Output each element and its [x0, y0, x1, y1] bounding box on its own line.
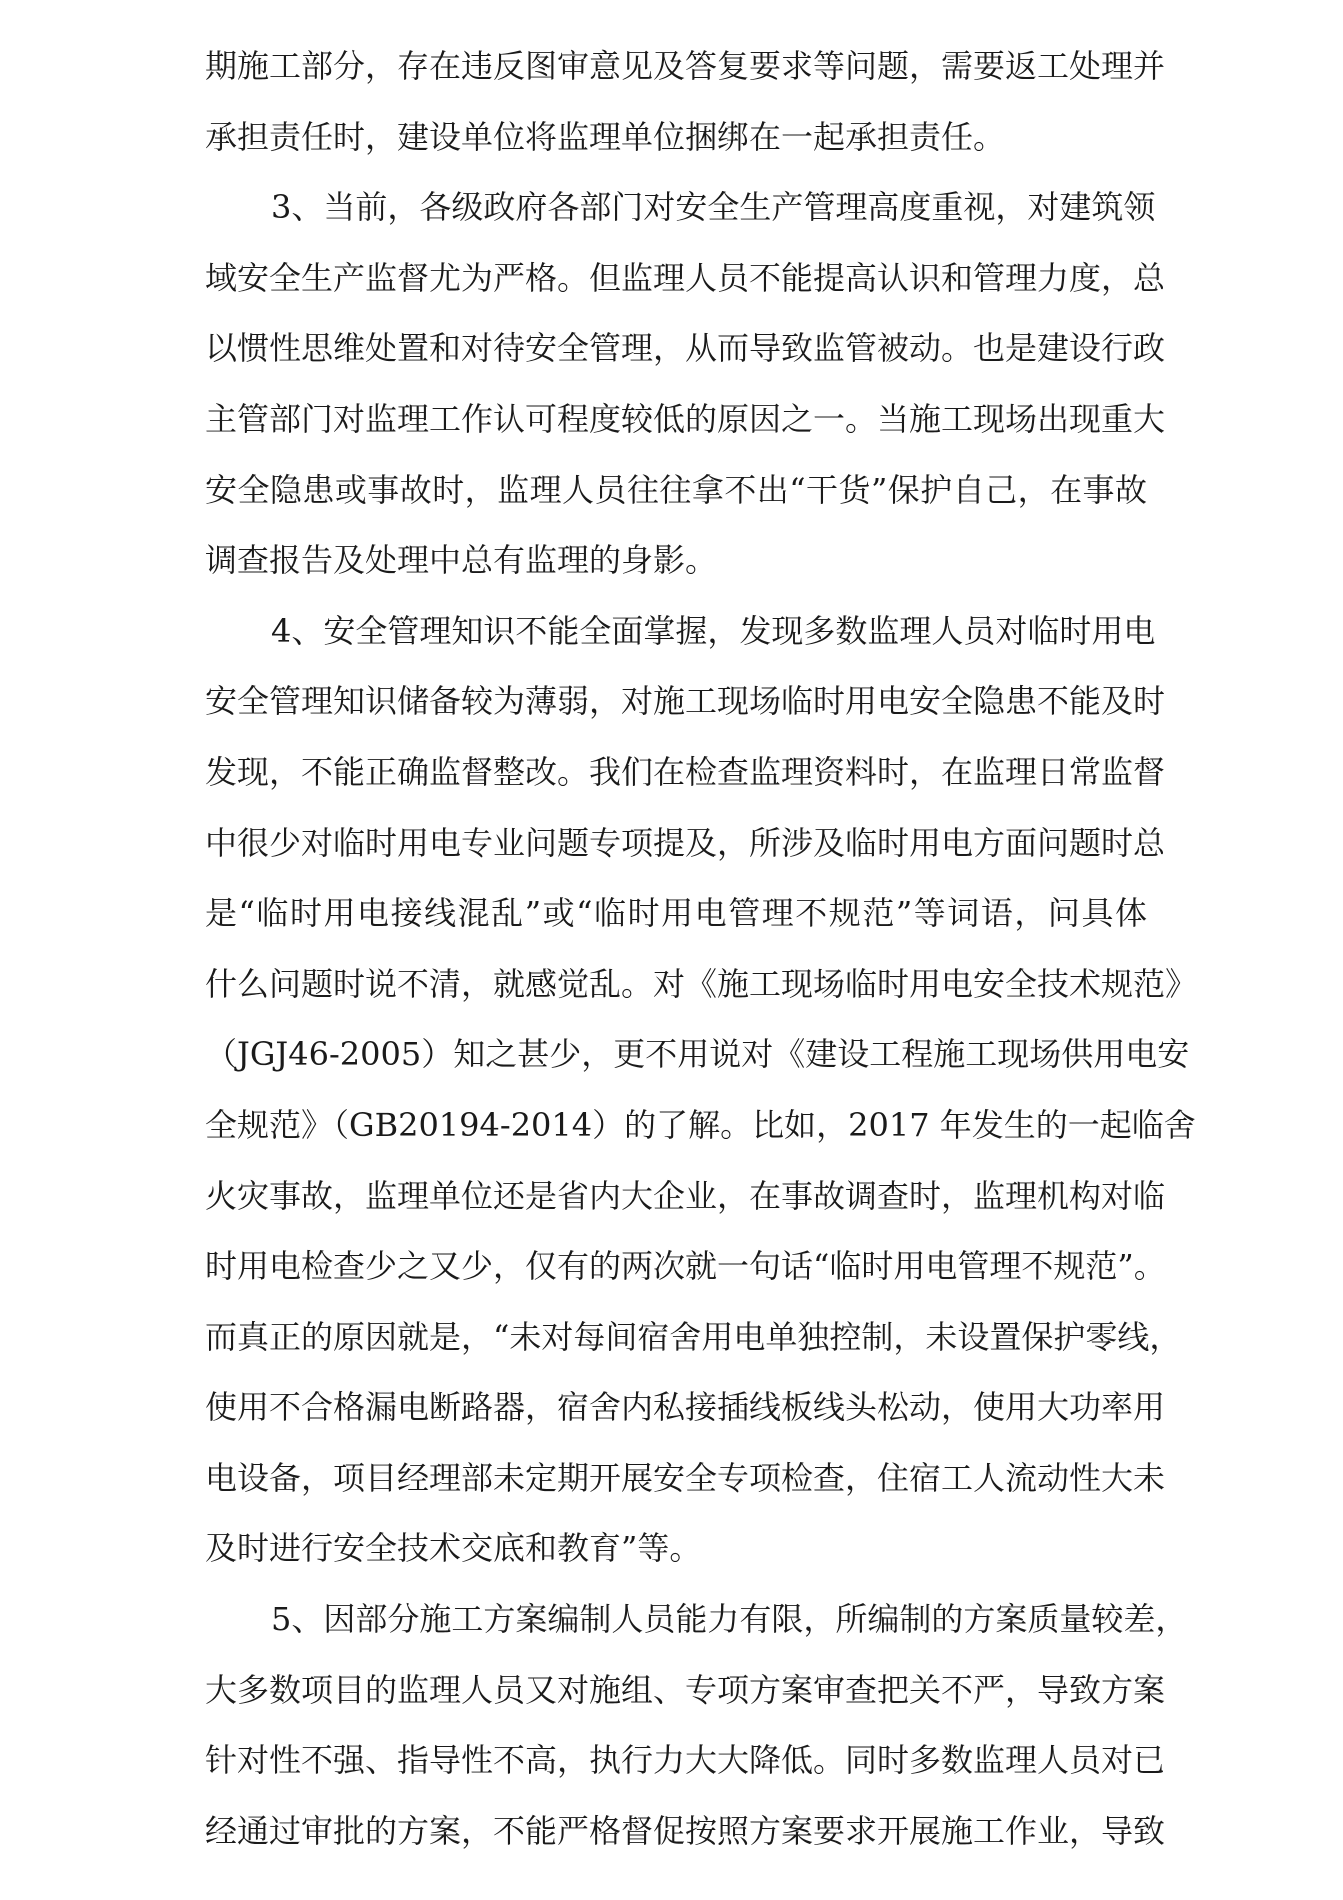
- text-line: 针对性不强、指导性不高，执行力大大降低。同时多数监理人员对已: [205, 1725, 1147, 1796]
- text-line: 火灾事故，监理单位还是省内大企业，在事故调查时，监理机构对临: [205, 1161, 1147, 1232]
- text-line: 什么问题时说不清，就感觉乱。对《施工现场临时用电安全技术规范》: [205, 949, 1147, 1020]
- text-line: 电设备，项目经理部未定期开展安全专项检查，住宿工人流动性大未: [205, 1443, 1147, 1514]
- text-line: 时用电检查少之又少，仅有的两次就一句话“临时用电管理不规范”。: [205, 1231, 1147, 1302]
- paragraph-continued: 期施工部分，存在违反图审意见及答复要求等问题，需要返工处理并 承担责任时，建设单…: [205, 31, 1147, 172]
- text-line: 经通过审批的方案，不能严格督促按照方案要求开展施工作业，导致: [205, 1796, 1147, 1867]
- text-line: 安全管理知识储备较为薄弱，对施工现场临时用电安全隐患不能及时: [205, 666, 1147, 737]
- paragraph-item-4: 4、安全管理知识不能全面掌握，发现多数监理人员对临时用电 安全管理知识储备较为薄…: [205, 596, 1147, 1584]
- text-line: 而真正的原因就是，“未对每间宿舍用电单独控制，未设置保护零线，: [205, 1302, 1147, 1373]
- text-line: （JGJ46-2005）知之甚少，更不用说对《建设工程施工现场供用电安: [205, 1019, 1147, 1090]
- text-line: 调查报告及处理中总有监理的身影。: [205, 525, 1147, 596]
- text-line: 及时进行安全技术交底和教育”等。: [205, 1513, 1147, 1584]
- paragraph-item-3: 3、当前，各级政府各部门对安全生产管理高度重视，对建筑领 域安全生产监督尤为严格…: [205, 172, 1147, 596]
- text-line: 使用不合格漏电断路器，宿舍内私接插线板线头松动，使用大功率用: [205, 1372, 1147, 1443]
- text-line: 全规范》（GB20194-2014）的了解。比如，2017 年发生的一起临舍: [205, 1090, 1147, 1161]
- text-line: 主管部门对监理工作认可程度较低的原因之一。当施工现场出现重大: [205, 384, 1147, 455]
- text-line: 是“临时用电接线混乱”或“临时用电管理不规范”等词语，问具体: [205, 878, 1147, 949]
- text-line: 发现，不能正确监督整改。我们在检查监理资料时，在监理日常监督: [205, 737, 1147, 808]
- text-line: 期施工部分，存在违反图审意见及答复要求等问题，需要返工处理并: [205, 31, 1147, 102]
- paragraph-item-5: 5、因部分施工方案编制人员能力有限，所编制的方案质量较差， 大多数项目的监理人员…: [205, 1584, 1147, 1866]
- text-line: 域安全生产监督尤为严格。但监理人员不能提高认识和管理力度，总: [205, 243, 1147, 314]
- text-line: 5、因部分施工方案编制人员能力有限，所编制的方案质量较差，: [205, 1584, 1147, 1655]
- text-line: 3、当前，各级政府各部门对安全生产管理高度重视，对建筑领: [205, 172, 1147, 243]
- text-line: 中很少对临时用电专业问题专项提及，所涉及临时用电方面问题时总: [205, 808, 1147, 879]
- text-line: 安全隐患或事故时，监理人员往往拿不出“干货”保护自己，在事故: [205, 455, 1147, 526]
- text-line: 承担责任时，建设单位将监理单位捆绑在一起承担责任。: [205, 102, 1147, 173]
- document-page: 期施工部分，存在违反图审意见及答复要求等问题，需要返工处理并 承担责任时，建设单…: [205, 31, 1147, 1866]
- text-line: 以惯性思维处置和对待安全管理，从而导致监管被动。也是建设行政: [205, 313, 1147, 384]
- text-line: 大多数项目的监理人员又对施组、专项方案审查把关不严，导致方案: [205, 1655, 1147, 1726]
- text-line: 4、安全管理知识不能全面掌握，发现多数监理人员对临时用电: [205, 596, 1147, 667]
